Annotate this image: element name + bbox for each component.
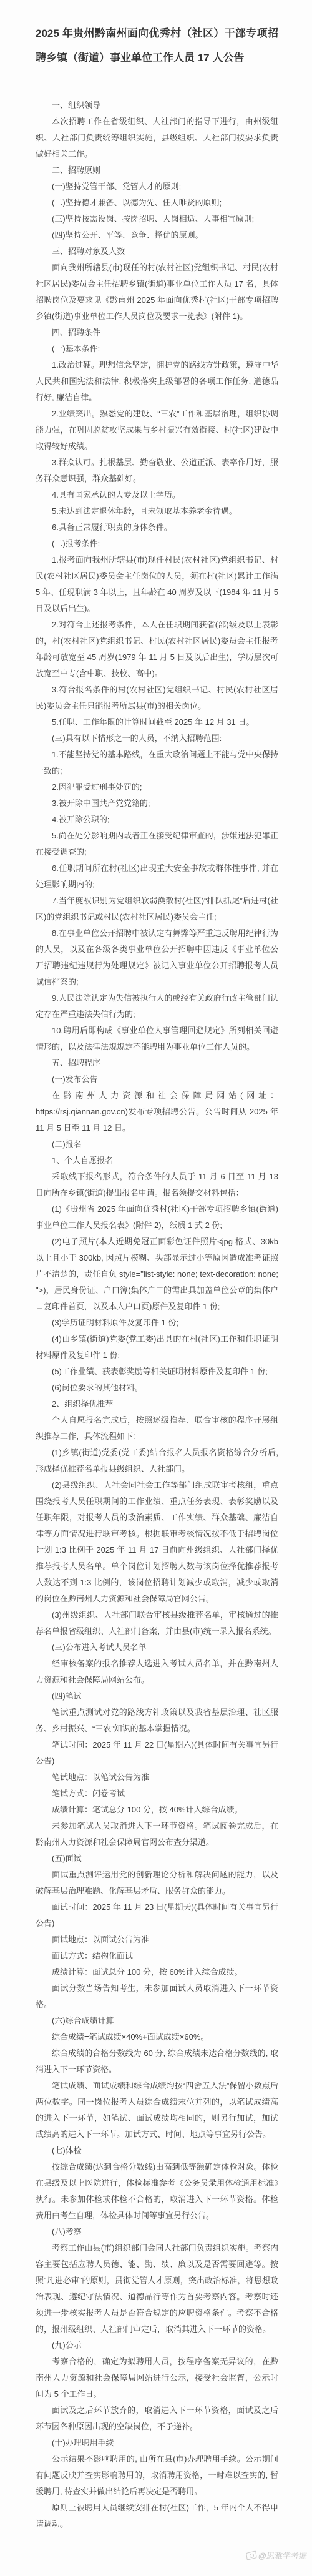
doc-paragraph: 经审核备案的报名推荐人选进入考试人员名单，并在黔南州人力资源和社会保障局网站公布… xyxy=(36,1656,278,1688)
doc-paragraph: 5.未达到法定退休年龄，且未领取基本养老金待遇。 xyxy=(36,503,278,519)
doc-paragraph: 7.当年度被识别为党组织软弱涣散村(社区)“排队抓尾”后进村(社区)的党组织书记… xyxy=(36,893,278,925)
doc-paragraph: (1)《贵州省 2025 年面向优秀村(社区)干部专项招聘乡镇(街道)事业单位工… xyxy=(36,1201,278,1234)
doc-paragraph: 笔试重点测试对党的路线方针政策以及我省基层治理、社区服务、乡村振兴、“三农”知识… xyxy=(36,1704,278,1737)
doc-paragraph: 3.群众认可。扎根基层、勤奋敬业、公道正派、表率作用好，服务群众意识强，群众基础… xyxy=(36,455,278,487)
page-title: 2025 年贵州黔南州面向优秀村（社区）干部专项招聘乡镇（街道）事业单位工作人员… xyxy=(36,21,278,70)
doc-paragraph: 3.符合报名条件的村(农村社区)党组织书记、村民(农村社区居民)委员会主任只能报… xyxy=(36,682,278,714)
doc-paragraph: 2.业绩突出。熟悉党的建设、“三农”工作和基层治理，组织协调能力强，在巩固脱贫攻… xyxy=(36,406,278,455)
doc-paragraph: 4.具有国家承认的大专及以上学历。 xyxy=(36,487,278,503)
doc-paragraph: (二)坚持德才兼备、以德为先、任人唯贤的原则; xyxy=(36,195,278,211)
doc-paragraph: 1.报考面向我州所辖县(市)现任村民(农村社区)党组织书记、村民(农村社区居民)… xyxy=(36,552,278,617)
doc-paragraph: (二)报名 xyxy=(36,1136,278,1153)
doc-paragraph: (十)办理聘用手续 xyxy=(36,2435,278,2451)
doc-paragraph: 综合成绩的合格分数线为 60 分, 综合成绩未达合格分数线的, 取消进入下一环节… xyxy=(36,2045,278,2078)
doc-paragraph: 1.政治过硬。理想信念坚定，拥护党的路线方针政策，遵守中华人民共和国宪法和法律,… xyxy=(36,357,278,406)
doc-paragraph: (3)州级组织、人社部门联合审核县级推荐名单，审核通过的推荐名单报省级组织、人社… xyxy=(36,1607,278,1639)
doc-paragraph: (八)考察 xyxy=(36,2224,278,2240)
doc-paragraph: (二)报考条件: xyxy=(36,536,278,552)
paragraph-list: 一、组织领导本次招聘工作在省级组织、人社部门的指导下进行，由州级组织、人社部门负… xyxy=(36,97,278,2532)
doc-paragraph: (4)由乡镇(街道)党委(党工委)出具的在村(社区)工作和任职证明材料原件及复印… xyxy=(36,1331,278,1364)
doc-paragraph: 4.被开除公职的; xyxy=(36,812,278,828)
doc-paragraph: 考察合格的，确定为拟聘用人员，按程序备案无异议的，在黔南州人力资源和社会保障局网… xyxy=(36,2354,278,2402)
doc-paragraph: 5.尚在处分影响期内或者正在接受纪律审查的，涉嫌违法犯罪正在接受调查的; xyxy=(36,828,278,860)
doc-paragraph: 10.聘用后即构成《事业单位人事管理回避规定》所列相关回避情形的，以及法律法规规… xyxy=(36,1023,278,1055)
doc-paragraph: 笔试成绩、面试成绩和综合成绩均按“四舍五入法”保留小数点后两位数字。同一岗位报考… xyxy=(36,2078,278,2143)
doc-paragraph: (一)发布公告 xyxy=(36,1071,278,1088)
doc-paragraph: (三)坚持按需设岗、按岗招聘、人岗相适、人事相宜原则; xyxy=(36,211,278,227)
doc-paragraph: (四)坚持公开、平等、竞争、择优的原则。 xyxy=(36,227,278,243)
section-heading: 二、招聘原则 xyxy=(36,162,278,179)
section-heading: 四、招聘条件 xyxy=(36,325,278,341)
doc-paragraph: 成绩计算：面试总分 100 分，按 60%计入综合成绩。 xyxy=(36,1964,278,1980)
doc-paragraph: 5.任职、工作年限的计算时间截至 2025 年 12 月 31 日。 xyxy=(36,714,278,730)
doc-paragraph: 本次招聘工作在省级组织、人社部门的指导下进行，由州级组织、人社部门负责统筹组织实… xyxy=(36,114,278,162)
doc-paragraph: 采取线下报名形式，符合条件的人员于 11 月 6 日至 11 月 13 日向所在… xyxy=(36,1169,278,1201)
doc-paragraph: 笔试时间：2025 年 11 月 22 日(星期六)(具体时间有关事宜另行公告) xyxy=(36,1737,278,1769)
doc-paragraph: 面试地点：以面试公告为准 xyxy=(36,1932,278,1948)
doc-paragraph: (6)岗位要求的其他材料。 xyxy=(36,1380,278,1396)
doc-paragraph: (三)公布进入考试人员名单 xyxy=(36,1639,278,1656)
watermark-text: @思雅学考编 xyxy=(258,2549,308,2561)
doc-paragraph: 按综合成绩(达到合格分数线)由高到低等额确定体检对象。体检在县级及以上医院进行，… xyxy=(36,2159,278,2224)
doc-paragraph: 原则上被聘用人员继续安排在村(社区)工作，5 年内个人不得申请调动。 xyxy=(36,2500,278,2532)
doc-paragraph: 面试及之后环节放弃的，取消进入下一环节资格，面试及之后环节因各种原因出现的空缺岗… xyxy=(36,2402,278,2435)
doc-paragraph: 6.任职期间所在村(社区)出现重大安全事故或群体性事件, 并在处理影响期内的; xyxy=(36,860,278,893)
doc-paragraph: 考察工作由县(市)组织部门会同人社部门负责组织实施。考察内容主要包括应聘人员德、… xyxy=(36,2240,278,2338)
section-heading: 五、招聘程序 xyxy=(36,1055,278,1071)
doc-paragraph: 面向我州所辖县(市)现任的村(农村社区)党组织书记、村民(农村社区居民)委员会主… xyxy=(36,260,278,325)
doc-paragraph: (一)基本条件: xyxy=(36,341,278,357)
doc-paragraph: 未参加笔试人员取消进入下一环节资格。笔试阅卷完成后，在黔南州人力资源和社会保障局… xyxy=(36,1818,278,1851)
doc-paragraph: 面试重点测评运用党的创新理论分析和解决问题的能力，以及破解基层治理难题、化解基层… xyxy=(36,1867,278,1899)
doc-paragraph: 6.具备正常履行职责的身体条件。 xyxy=(36,519,278,536)
doc-paragraph: 9.人民法院认定为失信被执行人的或经有关政府行政主管部门认定存在严重违法失信行为… xyxy=(36,990,278,1023)
doc-paragraph: 面试时间：2025 年 11 月 23 日(星期天)(具体时间有关事宜另行公告) xyxy=(36,1899,278,1932)
doc-paragraph: 1.不能坚持党的基本路线，在重大政治问题上不能与党中央保持一致的; xyxy=(36,747,278,779)
doc-paragraph: 笔试方式：闭卷考试 xyxy=(36,1786,278,1802)
doc-paragraph: 成绩计算：笔试总分 100 分，按 40%计入综合成绩。 xyxy=(36,1802,278,1818)
doc-paragraph: 3.被开除中国共产党党籍的; xyxy=(36,795,278,812)
doc-paragraph: 在黔南州人力资源和社会保障局网站(网址：https://rsj.qiannan.… xyxy=(36,1088,278,1136)
camera-icon xyxy=(246,2550,257,2560)
doc-paragraph: (5)工作业绩、获表彰奖励等相关证明材料原件及复印件 1 份; xyxy=(36,1364,278,1380)
doc-paragraph: 笔试地点：以笔试公告为准 xyxy=(36,1769,278,1786)
doc-paragraph: 公示结果不影响聘用的, 由所在县(市)办理聘用手续。公示期间有问题反映并查实影响… xyxy=(36,2451,278,2500)
doc-paragraph: 面试方式：结构化面试 xyxy=(36,1948,278,1964)
doc-paragraph: 个人自愿报名完成后，按照逐级推荐、联合审核的程序开展组织推荐工作，具体流程如下： xyxy=(36,1412,278,1445)
doc-paragraph: (3)学历证明材料原件及复印件 1 份; xyxy=(36,1315,278,1331)
doc-paragraph: 2.对符合上述报考条件，本人在任职期间获省(部)级及以上表彰的，村(农村社区)党… xyxy=(36,617,278,682)
section-heading: 三、招聘对象及人数 xyxy=(36,243,278,260)
doc-paragraph: (1)乡镇(街道)党委(党工委)结合报名人员报名资格综合分析后, 形成择优推荐名… xyxy=(36,1445,278,1477)
doc-paragraph: (2)县级组织、人社会同社会工作等部门组成联审考核组，重点围绕报考人员任职期间的… xyxy=(36,1477,278,1607)
doc-paragraph: (七)体检 xyxy=(36,2143,278,2159)
doc-paragraph: (五)面试 xyxy=(36,1851,278,1867)
announcement-document: 2025 年贵州黔南州面向优秀村（社区）干部专项招聘乡镇（街道）事业单位工作人员… xyxy=(0,0,312,2576)
section-heading: 一、组织领导 xyxy=(36,97,278,114)
doc-paragraph: (2)电子照片(本人近期免冠正面彩色证件照片<jpg 格式、30kb 以上且小于… xyxy=(36,1234,278,1315)
doc-paragraph: 面试分数当场告知考生，未参加面试人员取消进入下一环节资格。 xyxy=(36,1980,278,2013)
doc-paragraph: 2.因犯罪受过刑事处罚的; xyxy=(36,779,278,795)
doc-paragraph: (九)公示 xyxy=(36,2338,278,2354)
doc-paragraph: (六)综合成绩计算 xyxy=(36,2013,278,2029)
doc-paragraph: 1、个人自愿报名 xyxy=(36,1153,278,1169)
watermark: @思雅学考编 xyxy=(246,2549,308,2561)
doc-paragraph: (四)笔试 xyxy=(36,1688,278,1704)
doc-paragraph: 综合成绩=笔试成绩×40%+面试成绩×60%。 xyxy=(36,2029,278,2045)
doc-paragraph: (三)具有以下情形之一的人员，不纳入招聘范围: xyxy=(36,730,278,747)
doc-paragraph: 2、组织择优推荐 xyxy=(36,1396,278,1412)
doc-paragraph: (一)坚持党管干部、党管人才的原则; xyxy=(36,179,278,195)
doc-paragraph: 8.在事业单位公开招聘中被认定有舞弊等严重违反聘用纪律行为的人员，以及在各级各类… xyxy=(36,925,278,990)
